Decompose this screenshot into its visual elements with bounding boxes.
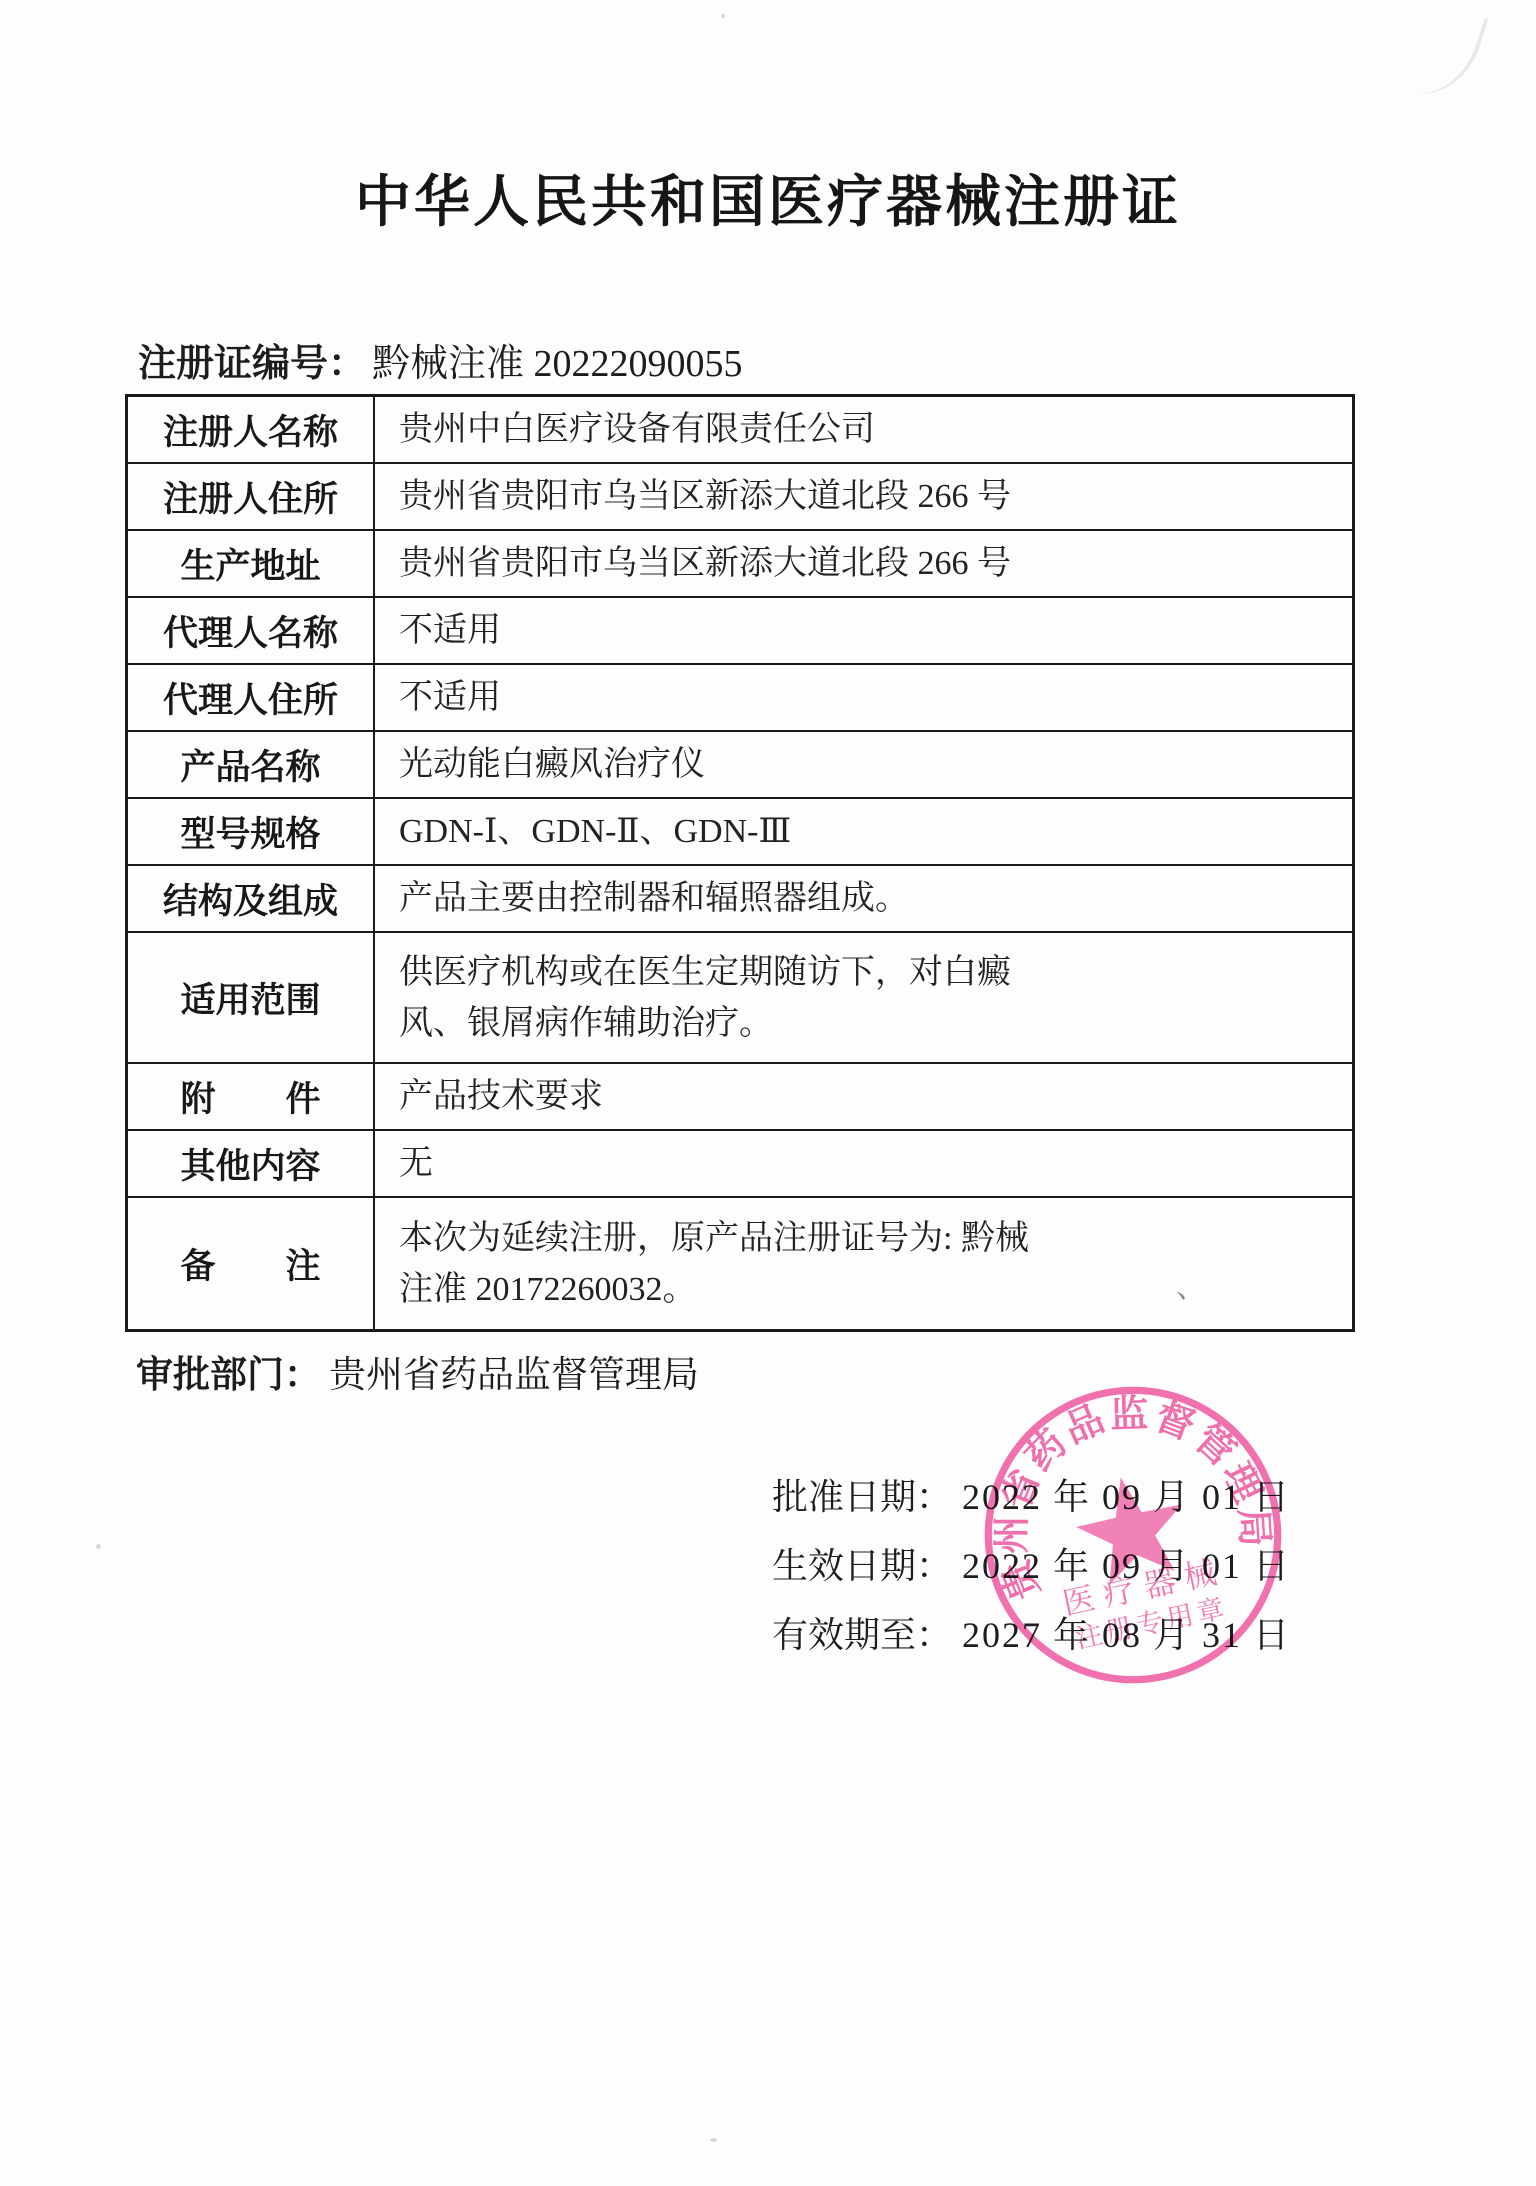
row-value: 产品主要由控制器和辐照器组成。 [375, 866, 1352, 931]
row-label: 适用范围 [128, 933, 375, 1062]
approval-line: 审批部门：贵州省药品监督管理局 [136, 1344, 699, 1398]
row-value: 不适用 [375, 665, 1352, 730]
row-label: 注册人名称 [128, 397, 375, 462]
date-label: 生效日期： [772, 1538, 952, 1589]
approval-label: 审批部门： [136, 1355, 321, 1396]
table-row: 其他内容 无 [128, 1131, 1352, 1198]
scan-artifact [1390, 0, 1489, 107]
row-value: 贵州中白医疗设备有限责任公司 [375, 397, 1352, 462]
row-value: GDN-Ⅰ、GDN-Ⅱ、GDN-Ⅲ [375, 799, 1352, 864]
row-label: 产品名称 [128, 732, 375, 797]
row-label: 代理人住所 [128, 665, 375, 730]
table-row: 注册人住所 贵州省贵阳市乌当区新添大道北段 266 号 [128, 464, 1352, 531]
certificate-page: 中华人民共和国医疗器械注册证 注册证编号：黔械注准 20222090055 注册… [0, 0, 1536, 2186]
scan-artifact [96, 1544, 101, 1549]
date-label: 批准日期： [772, 1469, 952, 1520]
date-value: 2027 年 08 月 31 日 [962, 1607, 1291, 1658]
row-value-line: 本次为延续注册，原产品注册证号为: 黔械 [399, 1213, 1332, 1264]
date-line-expiry: 有效期至：2027 年 08 月 31 日 [772, 1598, 1291, 1667]
table-row: 适用范围 供医疗机构或在医生定期随访下，对白癜 风、银屑病作辅助治疗。 [128, 933, 1352, 1064]
table-row: 生产地址 贵州省贵阳市乌当区新添大道北段 266 号 [128, 531, 1352, 598]
row-value: 贵州省贵阳市乌当区新添大道北段 266 号 [375, 531, 1352, 596]
date-label: 有效期至： [772, 1607, 952, 1658]
date-value: 2022 年 09 月 01 日 [962, 1469, 1291, 1520]
row-value: 无 [375, 1131, 1352, 1196]
row-label: 型号规格 [128, 799, 375, 864]
date-line-effective: 生效日期：2022 年 09 月 01 日 [772, 1529, 1291, 1598]
row-value: 不适用 [375, 598, 1352, 663]
row-value: 光动能白癜风治疗仪 [375, 732, 1352, 797]
registration-table: 注册人名称 贵州中白医疗设备有限责任公司 注册人住所 贵州省贵阳市乌当区新添大道… [125, 394, 1355, 1332]
table-row: 代理人名称 不适用 [128, 598, 1352, 665]
table-row: 产品名称 光动能白癜风治疗仪 [128, 732, 1352, 799]
row-label: 备 注 [128, 1198, 375, 1329]
cert-number-line: 注册证编号：黔械注准 20222090055 [138, 332, 743, 387]
table-row: 备 注 本次为延续注册，原产品注册证号为: 黔械 注准 20172260032。 [128, 1198, 1352, 1329]
row-label: 其他内容 [128, 1131, 375, 1196]
row-label: 附 件 [128, 1064, 375, 1129]
row-value-line: 供医疗机构或在医生定期随访下，对白癜 [399, 947, 1332, 998]
scan-artifact [710, 2138, 717, 2142]
page-title: 中华人民共和国医疗器械注册证 [0, 158, 1536, 238]
row-label: 生产地址 [128, 531, 375, 596]
table-row: 结构及组成 产品主要由控制器和辐照器组成。 [128, 866, 1352, 933]
table-row: 附 件 产品技术要求 [128, 1064, 1352, 1131]
row-label: 代理人名称 [128, 598, 375, 663]
table-row: 注册人名称 贵州中白医疗设备有限责任公司 [128, 397, 1352, 464]
table-row: 型号规格 GDN-Ⅰ、GDN-Ⅱ、GDN-Ⅲ [128, 799, 1352, 866]
table-row: 代理人住所 不适用 [128, 665, 1352, 732]
date-line-approval: 批准日期：2022 年 09 月 01 日 [772, 1460, 1291, 1529]
row-label: 结构及组成 [128, 866, 375, 931]
row-value: 供医疗机构或在医生定期随访下，对白癜 风、银屑病作辅助治疗。 [375, 933, 1352, 1062]
date-value: 2022 年 09 月 01 日 [962, 1538, 1291, 1589]
row-value-line: 风、银屑病作辅助治疗。 [399, 998, 1332, 1049]
cert-number-label: 注册证编号： [138, 343, 366, 385]
row-value: 产品技术要求 [375, 1064, 1352, 1129]
scan-artifact: 、 [1176, 1262, 1206, 1306]
dates-block: 批准日期：2022 年 09 月 01 日 生效日期：2022 年 09 月 0… [772, 1460, 1291, 1667]
cert-number-value: 黔械注准 20222090055 [372, 343, 743, 385]
approval-value: 贵州省药品监督管理局 [329, 1355, 699, 1396]
row-value: 贵州省贵阳市乌当区新添大道北段 266 号 [375, 464, 1352, 529]
scan-artifact [721, 14, 725, 18]
row-label: 注册人住所 [128, 464, 375, 529]
